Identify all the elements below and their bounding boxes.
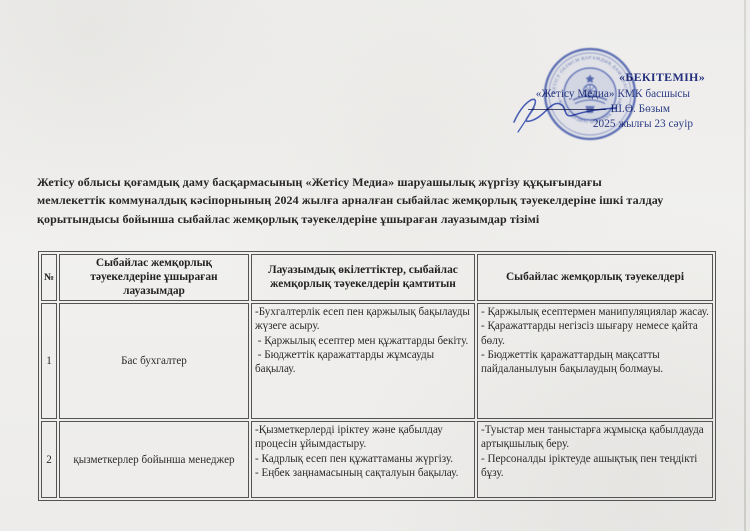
position-cell: қызметкерлер бойынша менеджер	[59, 421, 249, 498]
risk-table-body: 1 Бас бухгалтер -Бухгалтерлік есеп пен қ…	[41, 303, 713, 498]
header-number: №	[41, 254, 57, 301]
table-row: 2 қызметкерлер бойынша менеджер -Қызметк…	[41, 421, 713, 498]
duties-cell: -Бухгалтерлік есеп пен қаржылық бақылауд…	[251, 303, 475, 419]
header-positions: Сыбайлас жемқорлық тәуекелдеріне ұшыраға…	[59, 254, 249, 301]
scan-page-edge	[744, 0, 746, 531]
risks-cell: - Қаржылық есептермен манипуляциялар жас…	[477, 303, 713, 419]
risks-cell: -Туыстар мен таныстарға жұмысқа қабылдау…	[477, 421, 713, 498]
duties-cell: -Қызметкерлерді іріктеу және қабылдау пр…	[251, 421, 475, 498]
position-cell: Бас бухгалтер	[59, 303, 249, 419]
document-title: Жетісу облысы қоғамдық даму басқармасыны…	[37, 173, 717, 228]
risk-table: № Сыбайлас жемқорлық тәуекелдеріне ұшыра…	[38, 251, 716, 501]
table-row: 1 Бас бухгалтер -Бухгалтерлік есеп пен қ…	[41, 303, 713, 419]
header-risks: Сыбайлас жемқорлық тәуекелдері	[477, 254, 713, 301]
row-number-cell: 2	[41, 421, 57, 498]
header-duties: Лауазымдық өкілеттіктер, сыбайлас жемқор…	[251, 254, 475, 301]
row-number-cell: 1	[41, 303, 57, 419]
scanned-page: «БЕКІТЕМІН» «Жетісу Медиа» КМК басшысы Ш…	[0, 0, 750, 531]
signature-scribble-icon	[508, 92, 628, 134]
table-header-row: № Сыбайлас жемқорлық тәуекелдеріне ұшыра…	[41, 254, 713, 301]
